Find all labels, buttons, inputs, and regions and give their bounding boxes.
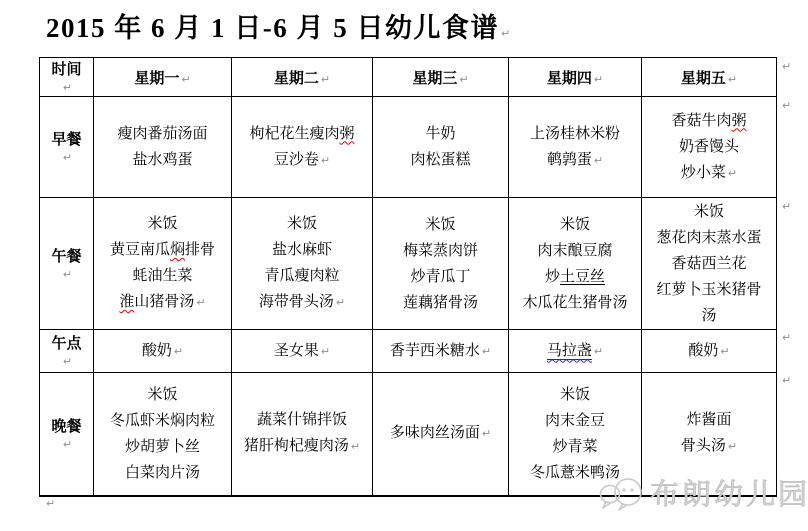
paragraph-mark-icon: ↵ [336, 296, 345, 309]
menu-item: 米饭 [102, 211, 223, 237]
menu-item: 多味肉丝汤面↵ [381, 420, 500, 447]
menu-cell: 米饭葱花肉末蒸水蛋香菇西兰花红萝卜玉米猪骨汤 [642, 198, 777, 330]
paragraph-mark-icon: ↵ [63, 151, 72, 164]
menu-cell: 上汤桂林米粉鹌鹑蛋↵ [509, 97, 642, 198]
paragraph-mark-icon: ↵ [720, 345, 729, 358]
paragraph-mark-icon: ↵ [594, 73, 603, 86]
menu-item: 炒青菜 [517, 434, 633, 460]
table-row: 晚餐↵米饭冬瓜虾米焖肉粒炒胡萝卜丝白菜肉片汤蔬菜什锦拌饭猪肝枸杞瘦肉汤↵多味肉丝… [40, 373, 777, 496]
menu-item: 炸酱面 [650, 407, 768, 433]
paragraph-mark-icon: ↵ [501, 27, 512, 40]
paragraph-mark-icon: ↵ [594, 345, 603, 358]
menu-item: 淮山猪骨汤↵ [102, 289, 223, 316]
menu-item: 米饭 [517, 212, 633, 238]
menu-item: 盐水鸡蛋 [102, 147, 223, 173]
paragraph-mark-icon: ↵ [63, 438, 72, 451]
menu-cell: 蔬菜什锦拌饭猪肝枸杞瘦肉汤↵ [232, 373, 373, 496]
menu-item: 肉末酿豆腐 [517, 238, 633, 264]
table-row: 午餐↵米饭黄豆南瓜焖排骨蚝油生菜淮山猪骨汤↵米饭盐水麻虾青瓜瘦肉粒海带骨头汤↵米… [40, 198, 777, 330]
paragraph-mark-icon: ↵ [482, 345, 491, 358]
menu-item: 酸奶↵ [650, 338, 768, 365]
menu-item: 黄豆南瓜焖排骨 [102, 237, 223, 263]
paragraph-mark-icon: ↵ [46, 497, 55, 510]
menu-cell: 香芋西米糖水↵ [373, 330, 509, 373]
menu-item: 瘦肉番茄汤面 [102, 121, 223, 147]
menu-cell: 米饭梅菜蒸肉饼炒青瓜丁莲藕猪骨汤 [373, 198, 509, 330]
menu-item: 米饭 [650, 199, 768, 225]
menu-table: 时间↵星期一↵星期二↵星期三↵星期四↵星期五↵ 早餐↵瘦肉番茄汤面盐水鸡蛋枸杞花… [39, 57, 777, 497]
paragraph-mark-icon: ↵ [782, 200, 791, 213]
menu-cell: 酸奶↵ [642, 330, 777, 373]
menu-cell: 米饭肉末金豆炒青菜冬瓜薏米鸭汤 [509, 373, 642, 496]
paragraph-mark-icon: ↵ [321, 154, 330, 167]
table-row: 午点↵酸奶↵圣女果↵香芋西米糖水↵马拉盏↵酸奶↵ [40, 330, 777, 373]
menu-item: 冬瓜薏米鸭汤 [517, 460, 633, 486]
paragraph-mark-icon: ↵ [782, 374, 791, 387]
paragraph-mark-icon: ↵ [594, 154, 603, 167]
grammar-marked-text: 马拉盏 [547, 343, 592, 360]
paragraph-mark-icon: ↵ [181, 73, 190, 86]
menu-item: 酸奶↵ [102, 338, 223, 365]
row-label: 晚餐↵ [40, 373, 94, 496]
row-label: 早餐↵ [40, 97, 94, 198]
menu-cell: 米饭黄豆南瓜焖排骨蚝油生菜淮山猪骨汤↵ [94, 198, 232, 330]
paragraph-mark-icon: ↵ [782, 99, 791, 112]
spell-marked-text: 粥 [732, 113, 747, 129]
spell-marked-text: 淮 [119, 294, 134, 310]
paragraph-mark-icon: ↵ [482, 427, 491, 440]
menu-item: 葱花肉末蒸水蛋 [650, 225, 768, 251]
menu-cell: 多味肉丝汤面↵ [373, 373, 509, 496]
menu-item: 上汤桂林米粉 [517, 121, 633, 147]
menu-item: 冬瓜虾米焖肉粒 [102, 408, 223, 434]
menu-item: 猪肝枸杞瘦肉汤↵ [240, 433, 364, 460]
column-header: 星期四↵ [509, 58, 642, 97]
menu-item: 豆沙卷↵ [240, 147, 364, 174]
paragraph-mark-icon: ↵ [196, 296, 205, 309]
paragraph-mark-icon: ↵ [321, 345, 330, 358]
menu-item: 红萝卜玉米猪骨汤 [650, 277, 768, 329]
paragraph-mark-icon: ↵ [782, 331, 791, 344]
menu-item: 梅菜蒸肉饼 [381, 238, 500, 264]
menu-table-body: 早餐↵瘦肉番茄汤面盐水鸡蛋枸杞花生瘦肉粥豆沙卷↵牛奶肉松蛋糕上汤桂林米粉鹌鹑蛋↵… [40, 97, 777, 496]
menu-item: 鹌鹑蛋↵ [517, 147, 633, 174]
menu-cell: 香菇牛肉粥奶香馒头炒小菜↵ [642, 97, 777, 198]
menu-item: 海带骨头汤↵ [240, 289, 364, 316]
header-row: 时间↵星期一↵星期二↵星期三↵星期四↵星期五↵ [40, 58, 777, 97]
menu-item: 盐水麻虾 [240, 237, 364, 263]
menu-item: 莲藕猪骨汤 [381, 290, 500, 316]
paragraph-mark-icon: ↵ [63, 81, 72, 94]
menu-item: 木瓜花生猪骨汤 [517, 290, 633, 316]
menu-item: 骨头汤↵ [650, 433, 768, 460]
menu-item: 圣女果↵ [240, 338, 364, 365]
menu-item: 马拉盏↵ [517, 338, 633, 365]
menu-cell: 马拉盏↵ [509, 330, 642, 373]
menu-cell: 瘦肉番茄汤面盐水鸡蛋 [94, 97, 232, 198]
menu-item: 牛奶 [381, 121, 500, 147]
menu-item: 米饭 [517, 382, 633, 408]
document-page: 2015 年 6 月 1 日-6 月 5 日幼儿食谱↵ 时间↵星期一↵星期二↵星… [0, 0, 808, 531]
menu-item: 香芋西米糖水↵ [381, 338, 500, 365]
menu-item: 炒青瓜丁 [381, 264, 500, 290]
row-label: 午餐↵ [40, 198, 94, 330]
menu-cell: 牛奶肉松蛋糕 [373, 97, 509, 198]
menu-item: 肉松蛋糕 [381, 147, 500, 173]
paragraph-mark-icon: ↵ [321, 73, 330, 86]
menu-cell: 米饭肉末酿豆腐炒土豆丝木瓜花生猪骨汤 [509, 198, 642, 330]
page-title: 2015 年 6 月 1 日-6 月 5 日幼儿食谱↵ [46, 6, 512, 45]
paragraph-mark-icon: ↵ [728, 167, 737, 180]
column-header: 时间↵ [40, 58, 94, 97]
paragraph-mark-icon: ↵ [728, 73, 737, 86]
column-header: 星期一↵ [94, 58, 232, 97]
spell-marked-text: 粥 [340, 126, 355, 142]
menu-item: 香菇牛肉粥 [650, 108, 768, 134]
column-header: 星期三↵ [373, 58, 509, 97]
menu-item: 米饭 [240, 211, 364, 237]
menu-item: 奶香馒头 [650, 134, 768, 160]
menu-item: 炒胡萝卜丝 [102, 434, 223, 460]
menu-item: 米饭 [102, 382, 223, 408]
menu-item: 肉末金豆 [517, 408, 633, 434]
menu-item: 青瓜瘦肉粒 [240, 263, 364, 289]
menu-cell: 枸杞花生瘦肉粥豆沙卷↵ [232, 97, 373, 198]
menu-cell: 米饭盐水麻虾青瓜瘦肉粒海带骨头汤↵ [232, 198, 373, 330]
row-label: 午点↵ [40, 330, 94, 373]
paragraph-mark-icon: ↵ [63, 268, 72, 281]
menu-item: 蔬菜什锦拌饭 [240, 407, 364, 433]
underline-marked-text: 土豆丝 [560, 269, 605, 285]
paragraph-mark-icon: ↵ [174, 345, 183, 358]
menu-item: 香菇西兰花 [650, 251, 768, 277]
menu-item: 炒小菜↵ [650, 160, 768, 187]
menu-item: 炒土豆丝 [517, 264, 633, 290]
paragraph-mark-icon: ↵ [63, 355, 72, 368]
page-title-text: 2015 年 6 月 1 日-6 月 5 日幼儿食谱 [46, 13, 499, 43]
menu-item: 米饭 [381, 212, 500, 238]
paragraph-mark-icon: ↵ [782, 60, 791, 73]
menu-cell: 炸酱面骨头汤↵ [642, 373, 777, 496]
spell-marked-text: 焖 [170, 242, 185, 258]
menu-item: 枸杞花生瘦肉粥 [240, 121, 364, 147]
menu-cell: 圣女果↵ [232, 330, 373, 373]
table-row: 早餐↵瘦肉番茄汤面盐水鸡蛋枸杞花生瘦肉粥豆沙卷↵牛奶肉松蛋糕上汤桂林米粉鹌鹑蛋↵… [40, 97, 777, 198]
paragraph-mark-icon: ↵ [351, 440, 360, 453]
menu-cell: 酸奶↵ [94, 330, 232, 373]
paragraph-mark-icon: ↵ [459, 73, 468, 86]
paragraph-mark-icon: ↵ [728, 440, 737, 453]
column-header: 星期二↵ [232, 58, 373, 97]
menu-cell: 米饭冬瓜虾米焖肉粒炒胡萝卜丝白菜肉片汤 [94, 373, 232, 496]
column-header: 星期五↵ [642, 58, 777, 97]
menu-item: 蚝油生菜 [102, 263, 223, 289]
menu-item: 白菜肉片汤 [102, 460, 223, 486]
